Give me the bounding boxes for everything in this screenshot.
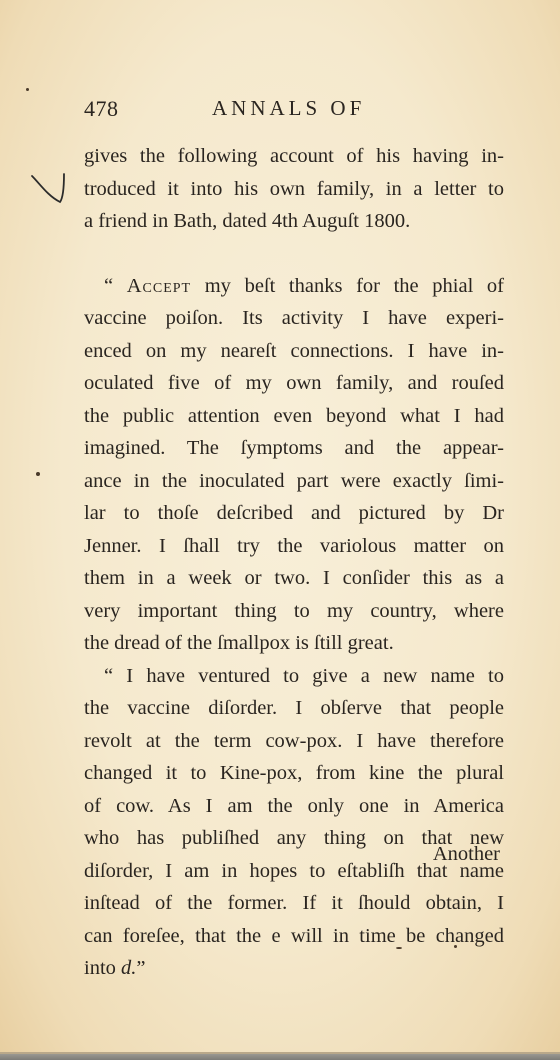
pencil-check-mark-icon: [30, 170, 70, 206]
text-line: oculated five of my own family, and rouſ…: [84, 367, 504, 400]
text-line: a friend in Bath, dated 4th Auguſt 1800.: [84, 205, 504, 238]
paper-speck: [26, 88, 29, 91]
text-line: the vaccine diſorder. I obſerve that peo…: [84, 692, 504, 725]
page-number: 478: [84, 96, 119, 122]
first-word: Accept: [127, 275, 191, 297]
last-line-prefix: into: [84, 957, 121, 979]
text-line: Jenner. I ſhall try the variolous matter…: [84, 530, 504, 563]
text-line: can foreſee, that the e will in time be …: [84, 920, 504, 953]
page-edge-background: [0, 1054, 560, 1060]
close-quote: ”: [136, 957, 145, 979]
text-line: the dread of the ſmallpox is ſtill great…: [84, 627, 504, 660]
text-line: the public attention even beyond what I …: [84, 400, 504, 433]
paper-speck: [36, 472, 40, 476]
text-line: lar to thoſe deſcribed and pictured by D…: [84, 497, 504, 530]
paragraph-2-first-line: “ I have ventured to give a new name to: [84, 660, 504, 693]
italic-letter: d.: [121, 957, 136, 979]
text-line: very important thing to my country, wher…: [84, 595, 504, 628]
text-line: them in a week or two. I conſider this a…: [84, 562, 504, 595]
text-line: of cow. As I am the only one in America: [84, 790, 504, 823]
first-line-rest: my beſt thanks for the phial of: [191, 275, 504, 297]
paragraph-gap: [84, 238, 504, 270]
open-quote: “: [104, 275, 127, 297]
text-line: ance in the inoculated part were exactly…: [84, 465, 504, 498]
text-line: troduced it into his own family, in a le…: [84, 173, 504, 206]
paragraph-2-last-line: into d.”: [84, 952, 504, 985]
catchword: Another: [433, 843, 500, 866]
text-line: inſtead of the former. If it ſhould obta…: [84, 887, 504, 920]
paragraph-1-first-line: “ Accept my beſt thanks for the phial of: [84, 270, 504, 303]
text-line: vaccine poiſon. Its activity I have expe…: [84, 302, 504, 335]
text-line: revolt at the term cow-pox. I have there…: [84, 725, 504, 758]
page-header: 478 ANNALS OF: [84, 96, 504, 126]
text-line: enced on my neareſt connections. I have …: [84, 335, 504, 368]
running-head: ANNALS OF: [212, 96, 365, 121]
text-line: imagined. The ſymptoms and the appear-: [84, 432, 504, 465]
book-page: 478 ANNALS OF gives the following accoun…: [0, 0, 560, 1054]
text-line: changed it to Kine-pox, from kine the pl…: [84, 757, 504, 790]
text-line: gives the following account of his havin…: [84, 140, 504, 173]
